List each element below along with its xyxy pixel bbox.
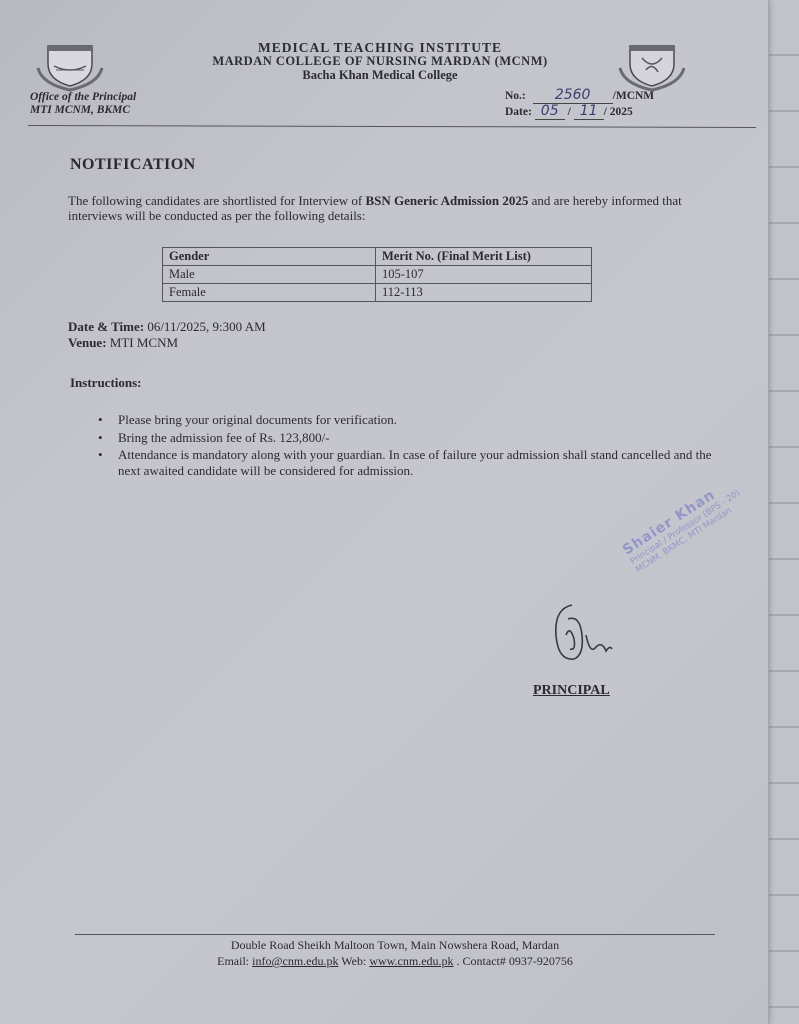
list-item: Please bring your original documents for… <box>98 412 718 428</box>
header-divider <box>28 125 756 128</box>
instructions-list: Please bring your original documents for… <box>98 412 718 480</box>
office-line-1: Office of the Principal <box>30 91 136 104</box>
date-day: 05 <box>535 104 565 120</box>
college-name: MARDAN COLLEGE OF NURSING MARDAN (MCNM) <box>30 54 730 69</box>
reference-block: No.: 2560/MCNM Date: 05 / 11/ 2025 <box>505 88 654 120</box>
college-subtitle: Bacha Khan Medical College <box>30 68 730 83</box>
table-row: Male 105-107 <box>163 266 592 284</box>
footer-divider <box>75 934 715 935</box>
cell-merit: 105-107 <box>376 266 592 284</box>
signature-icon <box>550 595 630 665</box>
website-link[interactable]: www.cnm.edu.pk <box>369 954 453 968</box>
interview-details: Date & Time: 06/11/2025, 9:300 AM Venue:… <box>68 319 266 351</box>
email-link[interactable]: info@cnm.edu.pk <box>252 954 338 968</box>
official-stamp: Shaier Khan Principal / Professor (BPS -… <box>620 475 748 575</box>
footer: Double Road Sheikh Maltoon Town, Main No… <box>75 937 715 969</box>
office-block: Office of the Principal MTI MCNM, BKMC <box>30 91 136 117</box>
table-row: Female 112-113 <box>163 284 592 302</box>
cell-gender: Female <box>163 284 376 302</box>
notification-document: MEDICAL TEACHING INSTITUTE MARDAN COLLEG… <box>0 0 769 1024</box>
instructions-title: Instructions: <box>70 375 142 391</box>
notification-title: NOTIFICATION <box>70 156 196 174</box>
merit-table: Gender Merit No. (Final Merit List) Male… <box>162 247 592 302</box>
cell-merit: 112-113 <box>376 284 592 302</box>
date-month: 11 <box>574 104 604 120</box>
footer-address: Double Road Sheikh Maltoon Town, Main No… <box>75 937 715 953</box>
principal-title: PRINCIPAL <box>533 683 610 699</box>
office-line-2: MTI MCNM, BKMC <box>30 104 136 117</box>
contact-number: . Contact# 0937-920756 <box>454 954 573 968</box>
footer-contacts: Email: info@cnm.edu.pk Web: www.cnm.edu.… <box>75 953 715 969</box>
venue-line: Venue: MTI MCNM <box>68 335 266 351</box>
date-year: / 2025 <box>604 106 633 118</box>
reference-number-value: 2560 <box>533 88 613 104</box>
reference-date: Date: 05 / 11/ 2025 <box>505 104 654 120</box>
cell-gender: Male <box>163 266 376 284</box>
list-item: Bring the admission fee of Rs. 123,800/- <box>98 430 718 446</box>
list-item: Attendance is mandatory along with your … <box>98 447 718 478</box>
date-time-line: Date & Time: 06/11/2025, 9:300 AM <box>68 319 266 335</box>
column-header-gender: Gender <box>163 248 376 266</box>
notification-intro: The following candidates are shortlisted… <box>68 193 718 223</box>
admission-name: BSN Generic Admission 2025 <box>365 193 528 208</box>
column-header-merit: Merit No. (Final Merit List) <box>376 248 592 266</box>
table-header-row: Gender Merit No. (Final Merit List) <box>163 248 592 266</box>
reference-number: No.: 2560/MCNM <box>505 88 654 104</box>
